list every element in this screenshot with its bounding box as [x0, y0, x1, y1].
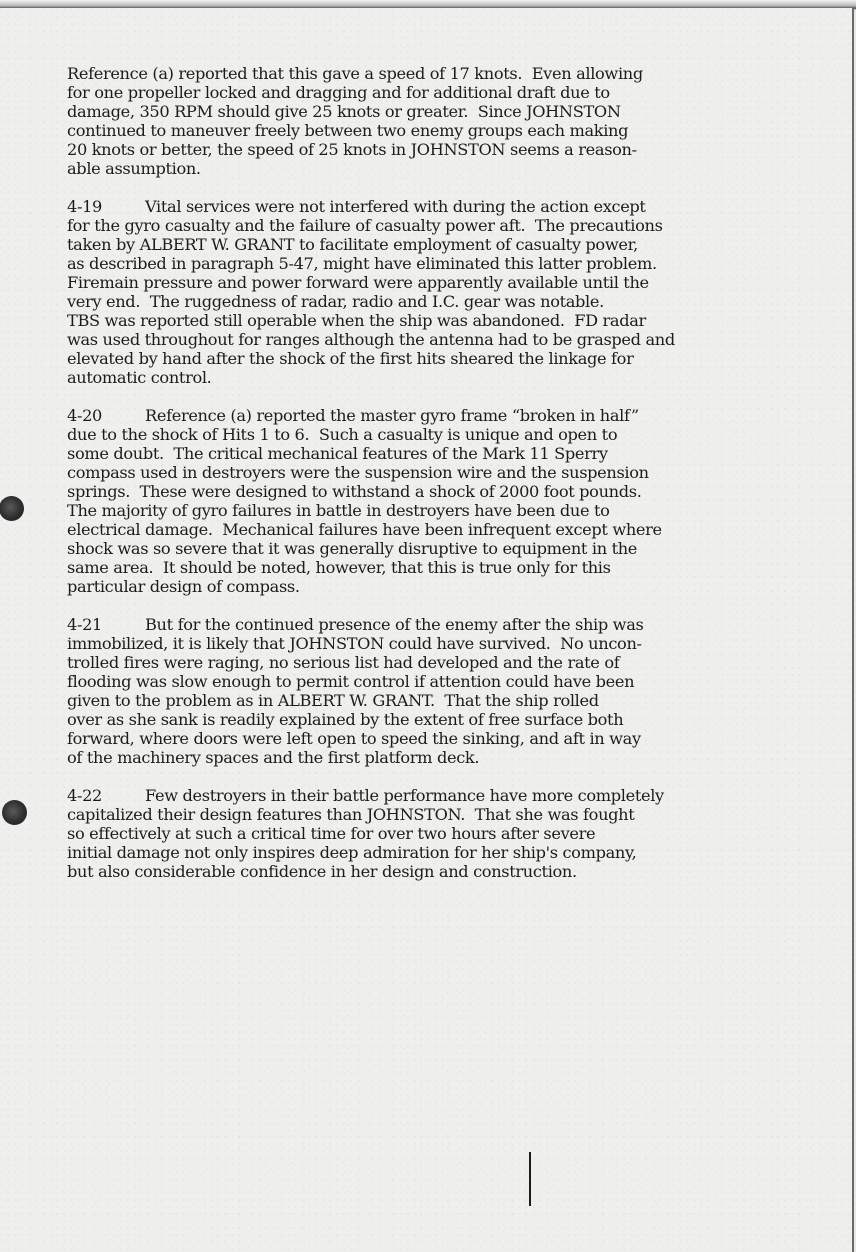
text-line: particular design of compass.	[67, 577, 797, 596]
text-line: due to the shock of Hits 1 to 6. Such a …	[67, 425, 797, 444]
text-line: same area. It should be noted, however, …	[67, 558, 797, 577]
punch-hole	[2, 800, 27, 825]
text-line: for one propeller locked and dragging an…	[67, 83, 797, 102]
text-line: over as she sank is readily explained by…	[67, 710, 797, 729]
text-line-content: Reference (a) reported the master gyro f…	[145, 406, 639, 425]
text-line: 4-22Few destroyers in their battle perfo…	[67, 786, 797, 805]
text-line-content: Vital services were not interfered with …	[145, 197, 646, 216]
text-line: but also considerable confidence in her …	[67, 862, 797, 881]
text-line-content: But for the continued presence of the en…	[145, 615, 643, 634]
punch-hole	[0, 496, 24, 521]
text-line: capitalized their design features than J…	[67, 805, 797, 824]
document-body: Reference (a) reported that this gave a …	[67, 64, 797, 900]
text-line: Reference (a) reported that this gave a …	[67, 64, 797, 83]
text-line: given to the problem as in ALBERT W. GRA…	[67, 691, 797, 710]
paragraph-intro: Reference (a) reported that this gave a …	[67, 64, 797, 178]
paragraph-number: 4-22	[67, 786, 145, 805]
text-line: able assumption.	[67, 159, 797, 178]
text-line: electrical damage. Mechanical failures h…	[67, 520, 797, 539]
text-line: some doubt. The critical mechanical feat…	[67, 444, 797, 463]
text-line: 4-19Vital services were not interfered w…	[67, 197, 797, 216]
text-line: 4-21But for the continued presence of th…	[67, 615, 797, 634]
text-line: for the gyro casualty and the failure of…	[67, 216, 797, 235]
text-line: very end. The ruggedness of radar, radio…	[67, 292, 797, 311]
text-line: The majority of gyro failures in battle …	[67, 501, 797, 520]
paragraph-number: 4-20	[67, 406, 145, 425]
text-line: springs. These were designed to withstan…	[67, 482, 797, 501]
pen-mark	[529, 1152, 531, 1206]
text-line: continued to maneuver freely between two…	[67, 121, 797, 140]
paragraph-4-22: 4-22Few destroyers in their battle perfo…	[67, 786, 797, 881]
text-line: 20 knots or better, the speed of 25 knot…	[67, 140, 797, 159]
text-line: automatic control.	[67, 368, 797, 387]
text-line: immobilized, it is likely that JOHNSTON …	[67, 634, 797, 653]
text-line: 4-20Reference (a) reported the master gy…	[67, 406, 797, 425]
text-line: as described in paragraph 5-47, might ha…	[67, 254, 797, 273]
text-line: of the machinery spaces and the first pl…	[67, 748, 797, 767]
text-line: TBS was reported still operable when the…	[67, 311, 797, 330]
paragraph-4-21: 4-21But for the continued presence of th…	[67, 615, 797, 767]
text-line: forward, where doors were left open to s…	[67, 729, 797, 748]
paragraph-number: 4-21	[67, 615, 145, 634]
text-line-content: Few destroyers in their battle performan…	[145, 786, 664, 805]
paragraph-4-20: 4-20Reference (a) reported the master gy…	[67, 406, 797, 596]
text-line: so effectively at such a critical time f…	[67, 824, 797, 843]
text-line: Firemain pressure and power forward were…	[67, 273, 797, 292]
paragraph-number: 4-19	[67, 197, 145, 216]
text-line: was used throughout for ranges although …	[67, 330, 797, 349]
text-line: initial damage not only inspires deep ad…	[67, 843, 797, 862]
text-line: taken by ALBERT W. GRANT to facilitate e…	[67, 235, 797, 254]
text-line: damage, 350 RPM should give 25 knots or …	[67, 102, 797, 121]
paragraph-4-19: 4-19Vital services were not interfered w…	[67, 197, 797, 387]
text-line: elevated by hand after the shock of the …	[67, 349, 797, 368]
text-line: trolled fires were raging, no serious li…	[67, 653, 797, 672]
text-line: flooding was slow enough to permit contr…	[67, 672, 797, 691]
text-line: shock was so severe that it was generall…	[67, 539, 797, 558]
text-line: compass used in destroyers were the susp…	[67, 463, 797, 482]
